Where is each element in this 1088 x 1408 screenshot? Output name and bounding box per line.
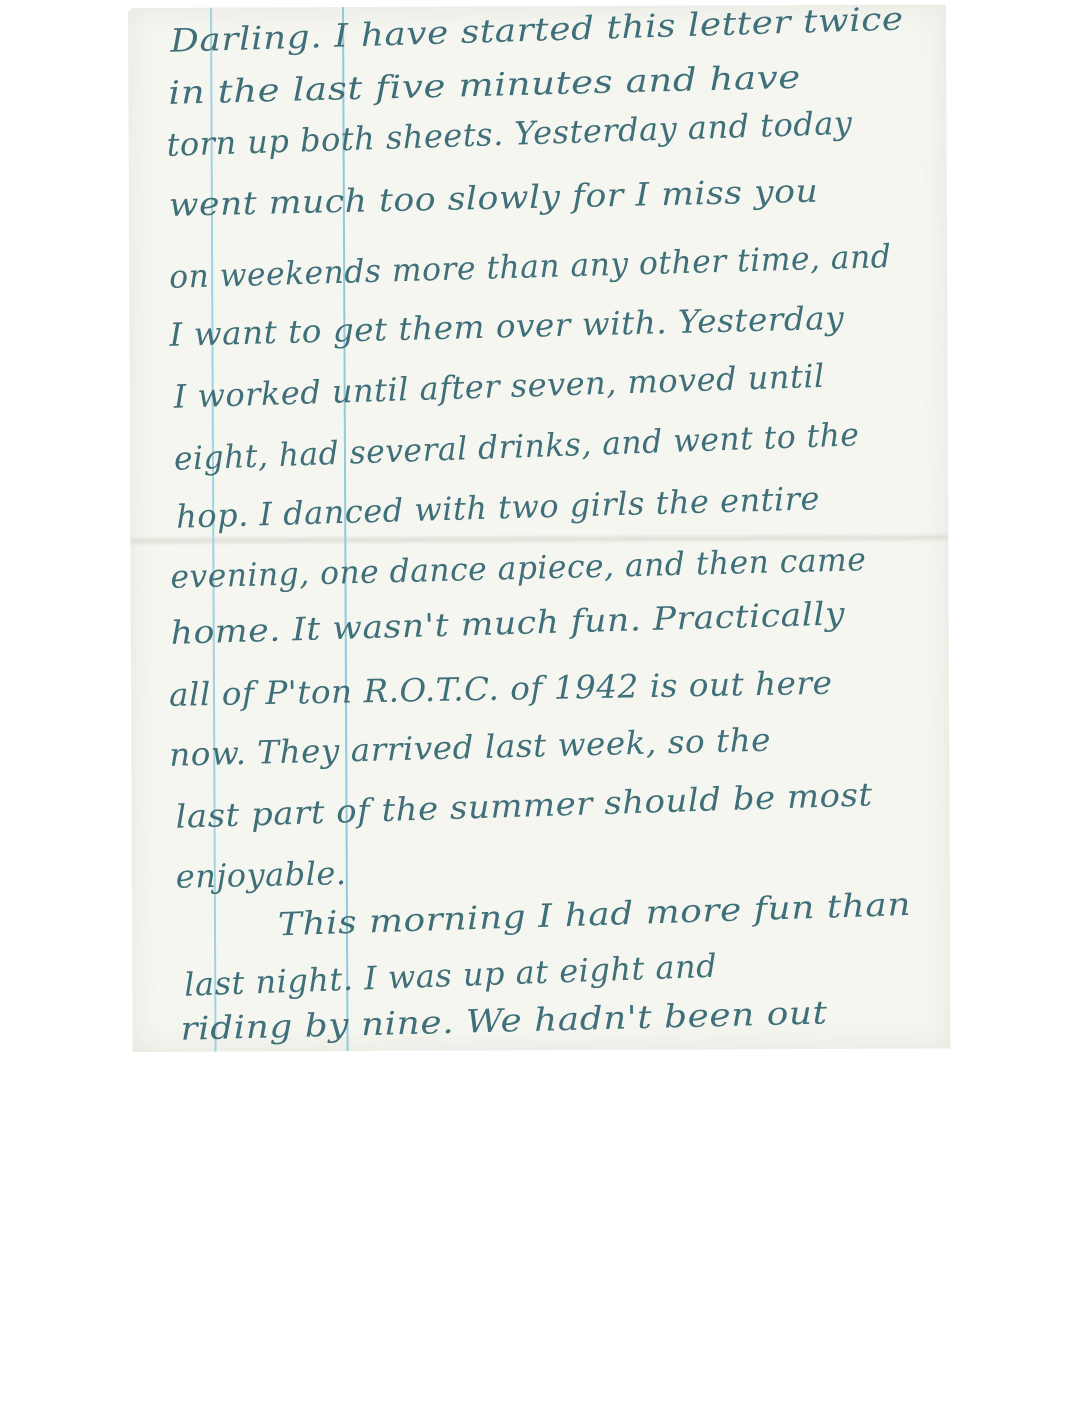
letter-line: on weekends more than any other time, an… [169, 237, 892, 296]
letter-line: This morning I had more fun than [277, 885, 911, 943]
letter-line: last part of the summer should be most [175, 775, 873, 835]
letter-line: torn up both sheets. Yesterday and today [166, 104, 853, 164]
letter-line: hop. I danced with two girls the entire [176, 479, 821, 536]
scan-page: Darling. I have started this letter twic… [0, 0, 1088, 1408]
letter-body: Darling. I have started this letter twic… [164, 5, 924, 8]
letter-line: I want to get them over with. Yesterday [169, 299, 845, 354]
letter-line: I worked until after seven, moved until [173, 357, 825, 416]
letter-line: riding by nine. We hadn't been out [180, 993, 828, 1047]
letter-line: eight, had several drinks, and went to t… [173, 415, 860, 478]
letter-line: evening, one dance apiece, and then came [170, 540, 867, 596]
letter-line: all of P'ton R.O.T.C. of 1942 is out her… [169, 664, 833, 714]
letter-line: now. They arrived last week, so the [169, 721, 772, 774]
letter-line: in the last five minutes and have [168, 58, 801, 112]
letter-line: enjoyable. [175, 854, 347, 896]
letter-line: home. It wasn't much fun. Practically [170, 594, 845, 651]
letter-line: Darling. I have started this letter twic… [170, 4, 905, 59]
letter-line: last night. I was up at eight and [184, 947, 718, 1004]
letter-line: went much too slowly for I miss you [168, 172, 818, 224]
letter-sheet: Darling. I have started this letter twic… [128, 4, 951, 1052]
